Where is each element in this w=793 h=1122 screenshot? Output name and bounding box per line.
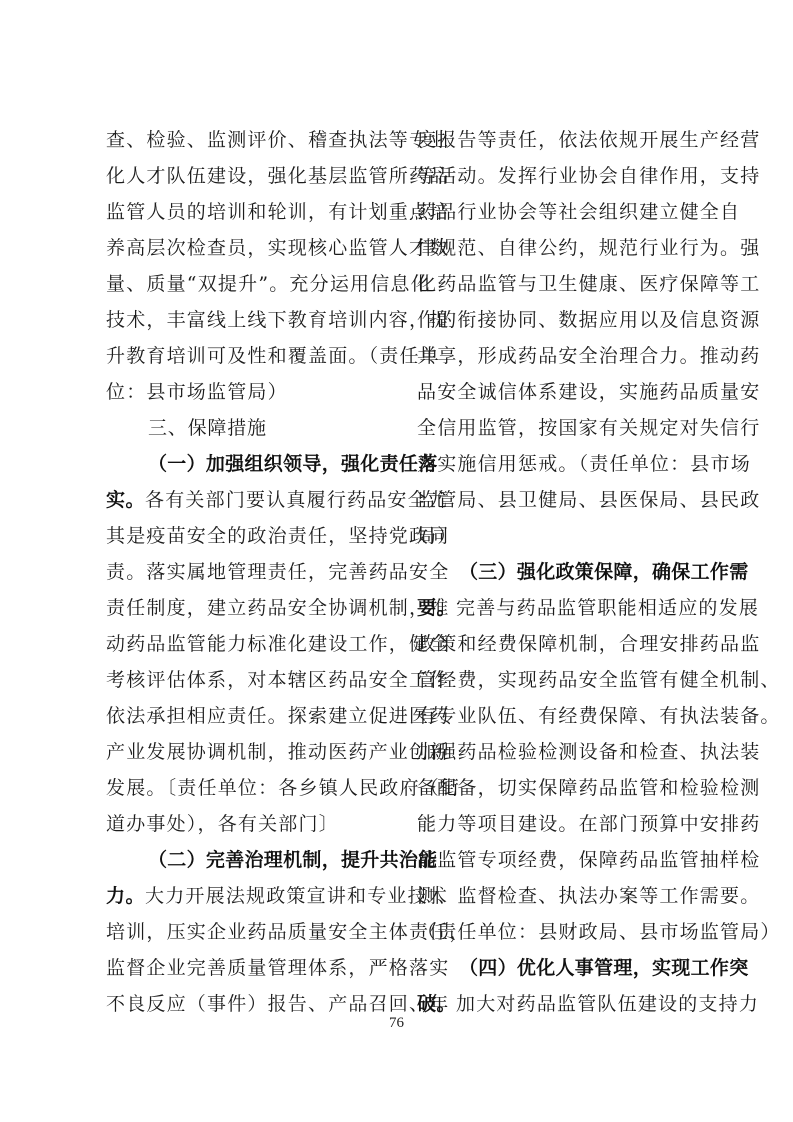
text-line: 品安全诚信体系建设，实施药品质量安 [417,374,693,410]
text-line: 化药品监管与卫生健康、医疗保障等工 [417,266,693,302]
text-line: 备配备，切实保障药品监管和检验检测 [417,770,693,806]
text-line: （责任单位：县财政局、县市场监管局） [417,914,693,950]
line-text: 加大对药品监管队伍建设的支持力 [456,993,759,1015]
subsection-heading: （三）强化政策保障，确保工作需 [417,554,693,590]
bold-lead: 力。 [106,885,145,907]
text-line: 加强药品检验检测设备和检查、执法装 [417,734,693,770]
text-line: 动药品监管能力标准化建设工作，健全 [106,626,382,662]
text-line: 能力等项目建设。在部门预算中安排药 [417,806,693,842]
text-line: 局） [417,518,693,554]
text-line: 考核评估体系，对本辖区药品安全工作 [106,662,382,698]
line-text: 完善与药品监管职能相适应的发展 [456,597,759,619]
left-column: 查、检验、监测评价、稽查执法等专业 化人才队伍建设，强化基层监管所药品 监管人员… [106,122,382,1022]
text-line: 等活动。发挥行业协会自律作用，支持 [417,158,693,194]
page-number: 76 [0,1015,793,1032]
text-line: 监管人员的培训和轮训，有计划重点培 [106,194,382,230]
text-line: 责。落实属地管理责任，完善药品安全 [106,554,382,590]
text-line: 技术，丰富线上线下教育培训内容，提 [106,302,382,338]
text-line: 要。完善与药品监管职能相适应的发展 [417,590,693,626]
document-page: 查、检验、监测评价、稽查执法等专业 化人才队伍建设，强化基层监管所药品 监管人员… [0,0,793,1122]
text-line: 养高层次检查员，实现核心监管人才数 [106,230,382,266]
text-line: 其是疫苗安全的政治责任，坚持党政同 [106,518,382,554]
text-line: 为实施信用惩戒。（责任单位：县市场 [417,446,693,482]
text-line: 药品行业协会等社会组织建立健全自 [417,194,693,230]
subsection-heading: （二）完善治理机制，提升共治能 [106,842,382,878]
text-line: 化人才队伍建设，强化基层监管所药品 [106,158,382,194]
right-column: 度报告等责任，依法依规开展生产经营 等活动。发挥行业协会自律作用，支持 药品行业… [417,122,693,1022]
text-line: 有专业队伍、有经费保障、有执法装备。 [417,698,693,734]
text-line: 依法承担相应责任。探索建立促进医药 [106,698,382,734]
text-line: 共享，形成药品安全治理合力。推动药 [417,338,693,374]
text-line: 作的衔接协同、数据应用以及信息资源 [417,302,693,338]
text-line: 力。大力开展法规政策宣讲和专业技术 [106,878,382,914]
bold-lead: 要。 [417,597,456,619]
bold-lead: 破。 [417,993,456,1015]
line-text: 各有关部门要认真履行药品安全尤 [145,489,448,511]
section-heading: 三、保障措施 [106,410,382,446]
text-line: 测、监督检查、执法办案等工作需要。 [417,878,693,914]
text-line: 政策和经费保障机制，合理安排药品监 [417,626,693,662]
text-line: 责任制度，建立药品安全协调机制，推 [106,590,382,626]
text-line: 查、检验、监测评价、稽查执法等专业 [106,122,382,158]
text-line: 量、质量“双提升”。充分运用信息化 [106,266,382,302]
text-line: 培训，压实企业药品质量安全主体责任， [106,914,382,950]
text-line: 律规范、自律公约，规范行业行为。强 [417,230,693,266]
bold-lead: 实。 [106,489,145,511]
line-text: 大力开展法规政策宣讲和专业技术 [145,885,448,907]
text-line: 位：县市场监管局） [106,374,382,410]
subsection-heading: （四）优化人事管理，实现工作突 [417,950,693,986]
text-line: 实。各有关部门要认真履行药品安全尤 [106,482,382,518]
text-line: 度报告等责任，依法依规开展生产经营 [417,122,693,158]
subsection-heading: （一）加强组织领导，强化责任落 [106,446,382,482]
text-line: 道办事处），各有关部门〕 [106,806,382,842]
text-line: 全信用监管，按国家有关规定对失信行 [417,410,693,446]
text-line: 发展。〔责任单位：各乡镇人民政府（街 [106,770,382,806]
text-line: 产业发展协调机制，推动医药产业创新 [106,734,382,770]
text-line: 管经费，实现药品安全监管有健全机制、 [417,662,693,698]
text-line: 品监管专项经费，保障药品监管抽样检 [417,842,693,878]
text-line: 监督企业完善质量管理体系，严格落实 [106,950,382,986]
text-line: 升教育培训可及性和覆盖面。（责任单 [106,338,382,374]
text-line: 监管局、县卫健局、县医保局、县民政 [417,482,693,518]
